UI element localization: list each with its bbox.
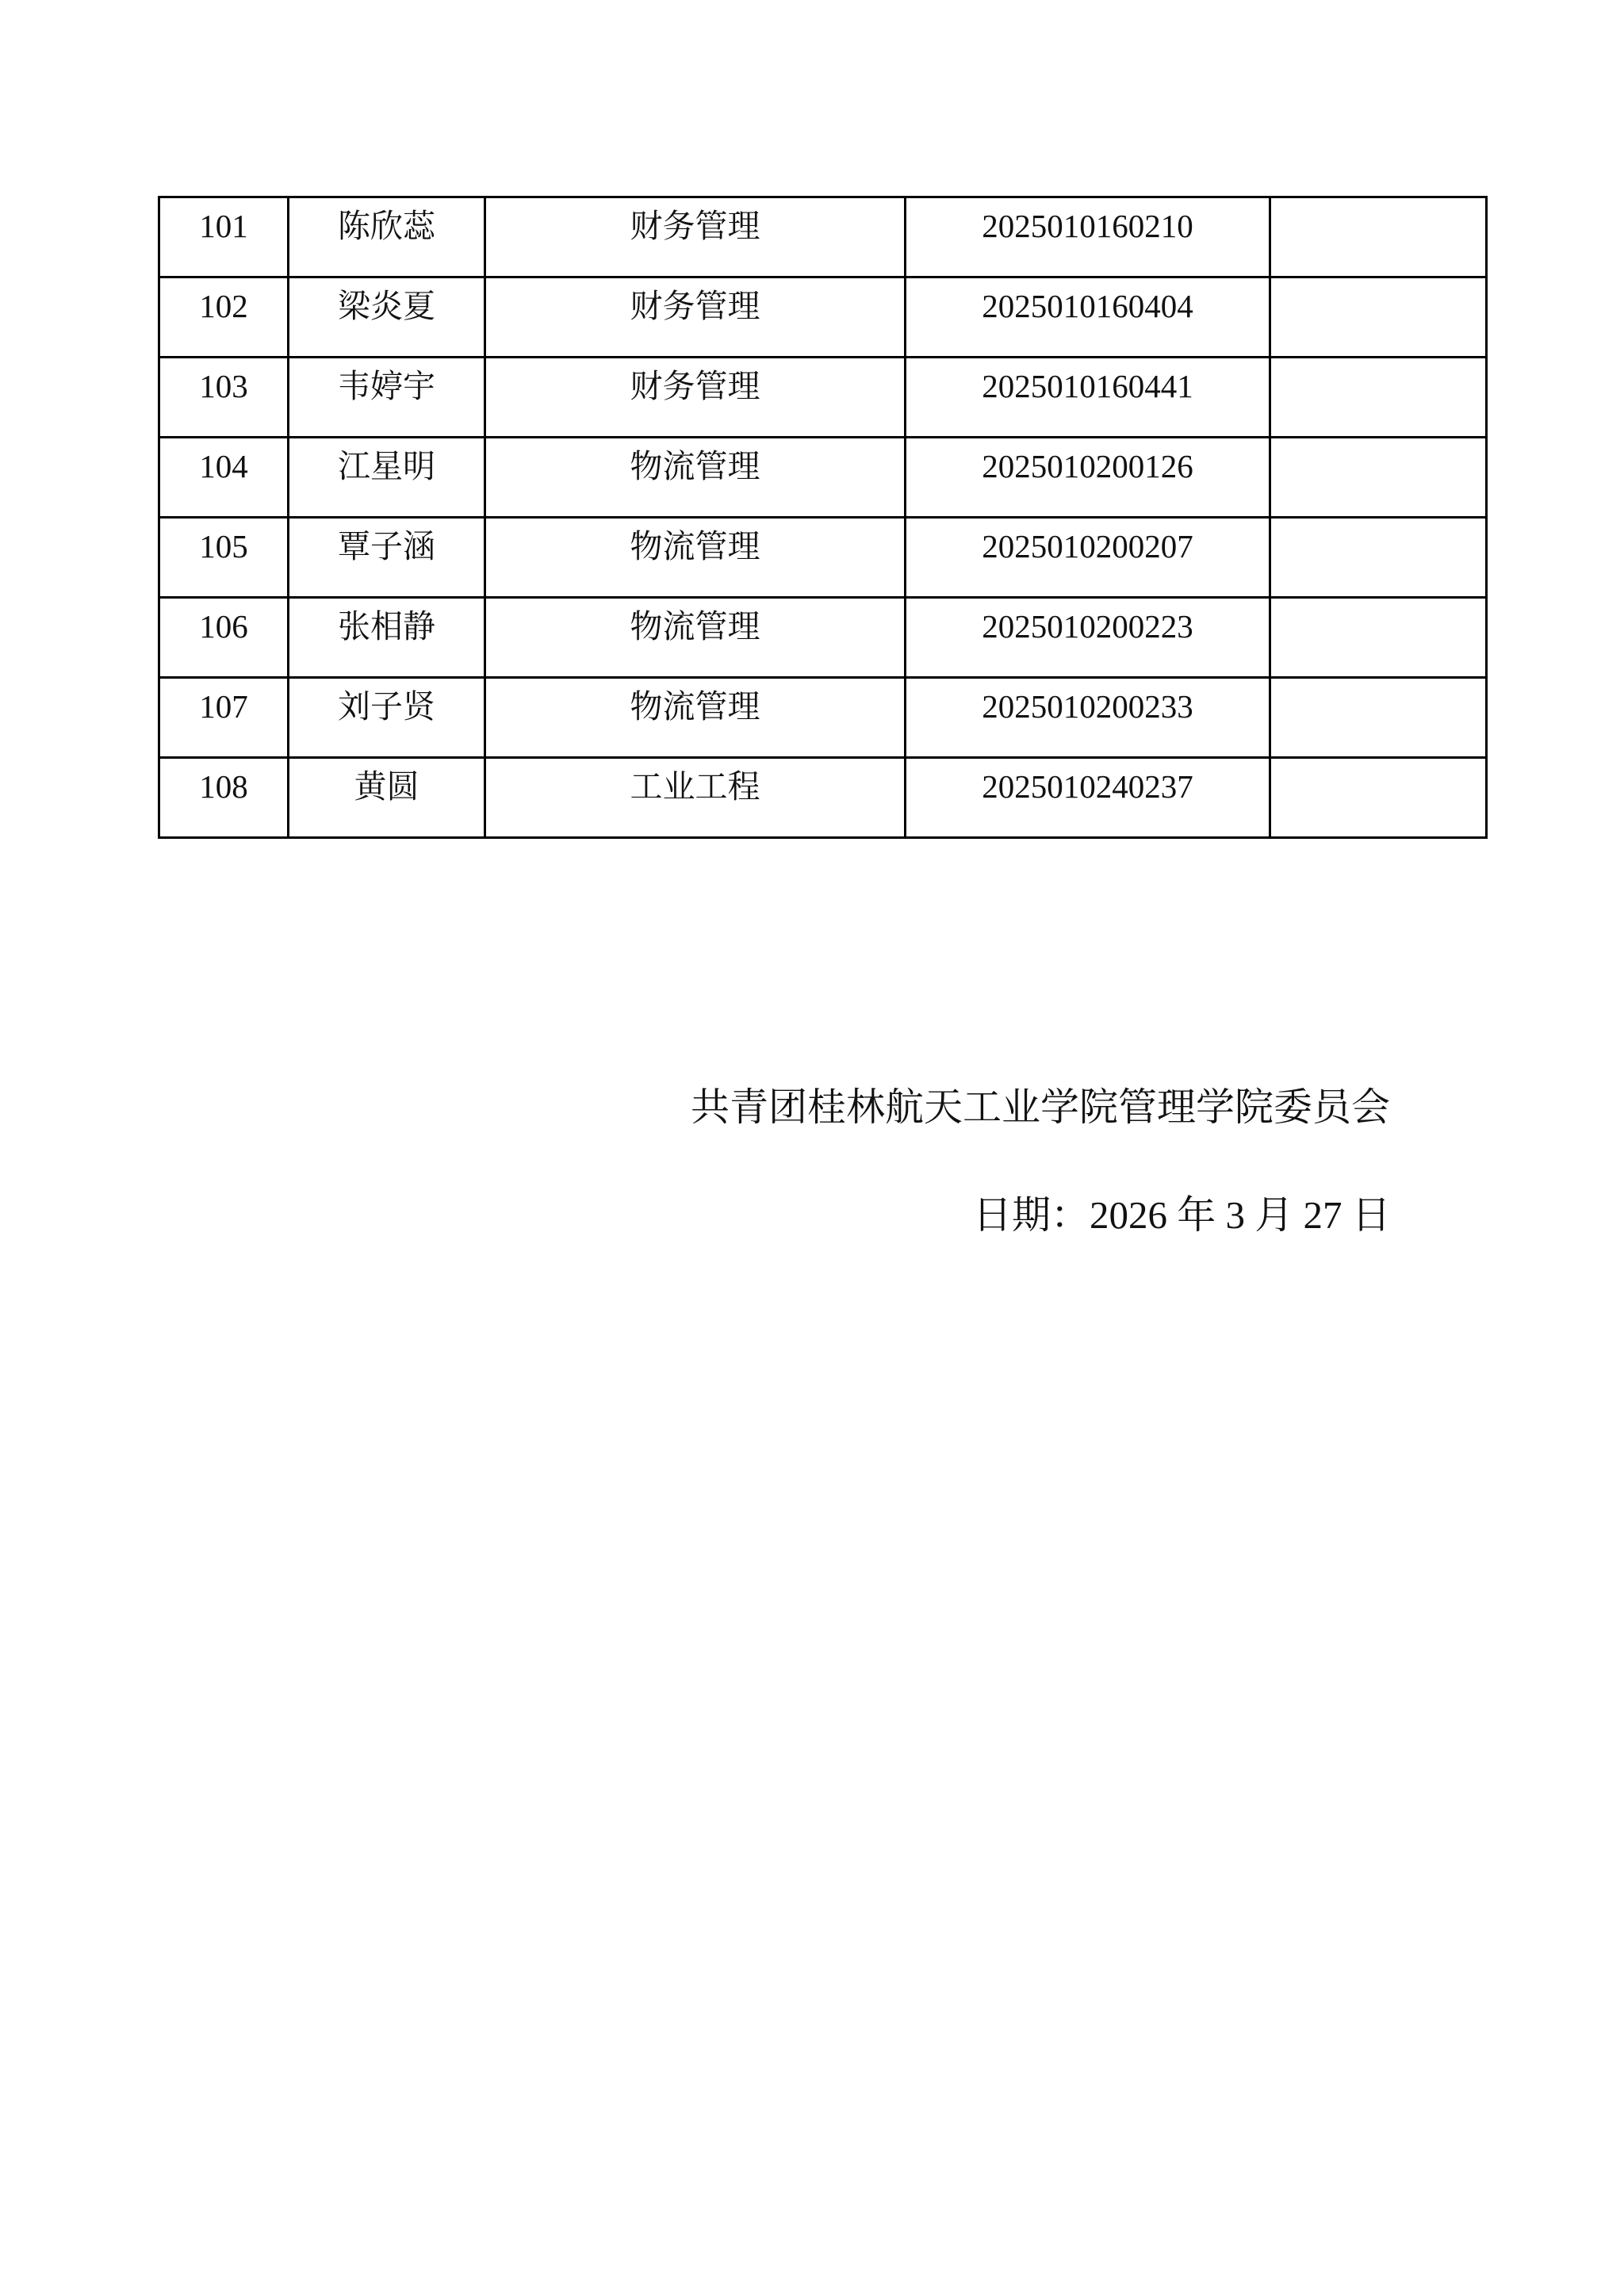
cell-no: 106: [159, 598, 289, 678]
cell-no: 105: [159, 518, 289, 598]
cell-student-id: 2025010240237: [906, 758, 1270, 838]
cell-name: 张相静: [289, 598, 485, 678]
cell-major: 财务管理: [485, 197, 906, 277]
cell-student-id: 2025010160441: [906, 358, 1270, 438]
cell-note: [1270, 598, 1487, 678]
cell-name: 梁炎夏: [289, 277, 485, 358]
document-page: 101陈欣蕊财务管理2025010160210102梁炎夏财务管理2025010…: [0, 0, 1624, 2296]
cell-student-id: 2025010200207: [906, 518, 1270, 598]
cell-note: [1270, 438, 1487, 518]
cell-no: 101: [159, 197, 289, 277]
cell-major: 财务管理: [485, 358, 906, 438]
table-row: 108黄圆工业工程2025010240237: [159, 758, 1487, 838]
cell-name: 覃子涵: [289, 518, 485, 598]
cell-note: [1270, 678, 1487, 758]
cell-student-id: 2025010200126: [906, 438, 1270, 518]
cell-note: [1270, 758, 1487, 838]
cell-name: 韦婷宇: [289, 358, 485, 438]
table-row: 104江星明物流管理2025010200126: [159, 438, 1487, 518]
cell-name: 刘子贤: [289, 678, 485, 758]
date-line: 日期：2026 年 3 月 27 日: [973, 1192, 1391, 1239]
cell-note: [1270, 518, 1487, 598]
cell-student-id: 2025010160404: [906, 277, 1270, 358]
cell-student-id: 2025010200233: [906, 678, 1270, 758]
table-row: 103韦婷宇财务管理2025010160441: [159, 358, 1487, 438]
roster-table-body: 101陈欣蕊财务管理2025010160210102梁炎夏财务管理2025010…: [159, 197, 1487, 838]
table-row: 106张相静物流管理2025010200223: [159, 598, 1487, 678]
table-row: 107刘子贤物流管理2025010200233: [159, 678, 1487, 758]
cell-major: 工业工程: [485, 758, 906, 838]
cell-name: 江星明: [289, 438, 485, 518]
table-row: 105覃子涵物流管理2025010200207: [159, 518, 1487, 598]
cell-no: 107: [159, 678, 289, 758]
cell-major: 物流管理: [485, 518, 906, 598]
cell-major: 物流管理: [485, 678, 906, 758]
cell-student-id: 2025010200223: [906, 598, 1270, 678]
cell-student-id: 2025010160210: [906, 197, 1270, 277]
cell-note: [1270, 197, 1487, 277]
cell-major: 物流管理: [485, 598, 906, 678]
cell-no: 104: [159, 438, 289, 518]
cell-no: 108: [159, 758, 289, 838]
table-row: 101陈欣蕊财务管理2025010160210: [159, 197, 1487, 277]
cell-no: 102: [159, 277, 289, 358]
table-row: 102梁炎夏财务管理2025010160404: [159, 277, 1487, 358]
committee-signature: 共青团桂林航天工业学院管理学院委员会: [691, 1085, 1390, 1131]
cell-major: 财务管理: [485, 277, 906, 358]
cell-name: 黄圆: [289, 758, 485, 838]
cell-name: 陈欣蕊: [289, 197, 485, 277]
roster-table: 101陈欣蕊财务管理2025010160210102梁炎夏财务管理2025010…: [158, 196, 1488, 839]
cell-major: 物流管理: [485, 438, 906, 518]
cell-note: [1270, 277, 1487, 358]
cell-note: [1270, 358, 1487, 438]
cell-no: 103: [159, 358, 289, 438]
